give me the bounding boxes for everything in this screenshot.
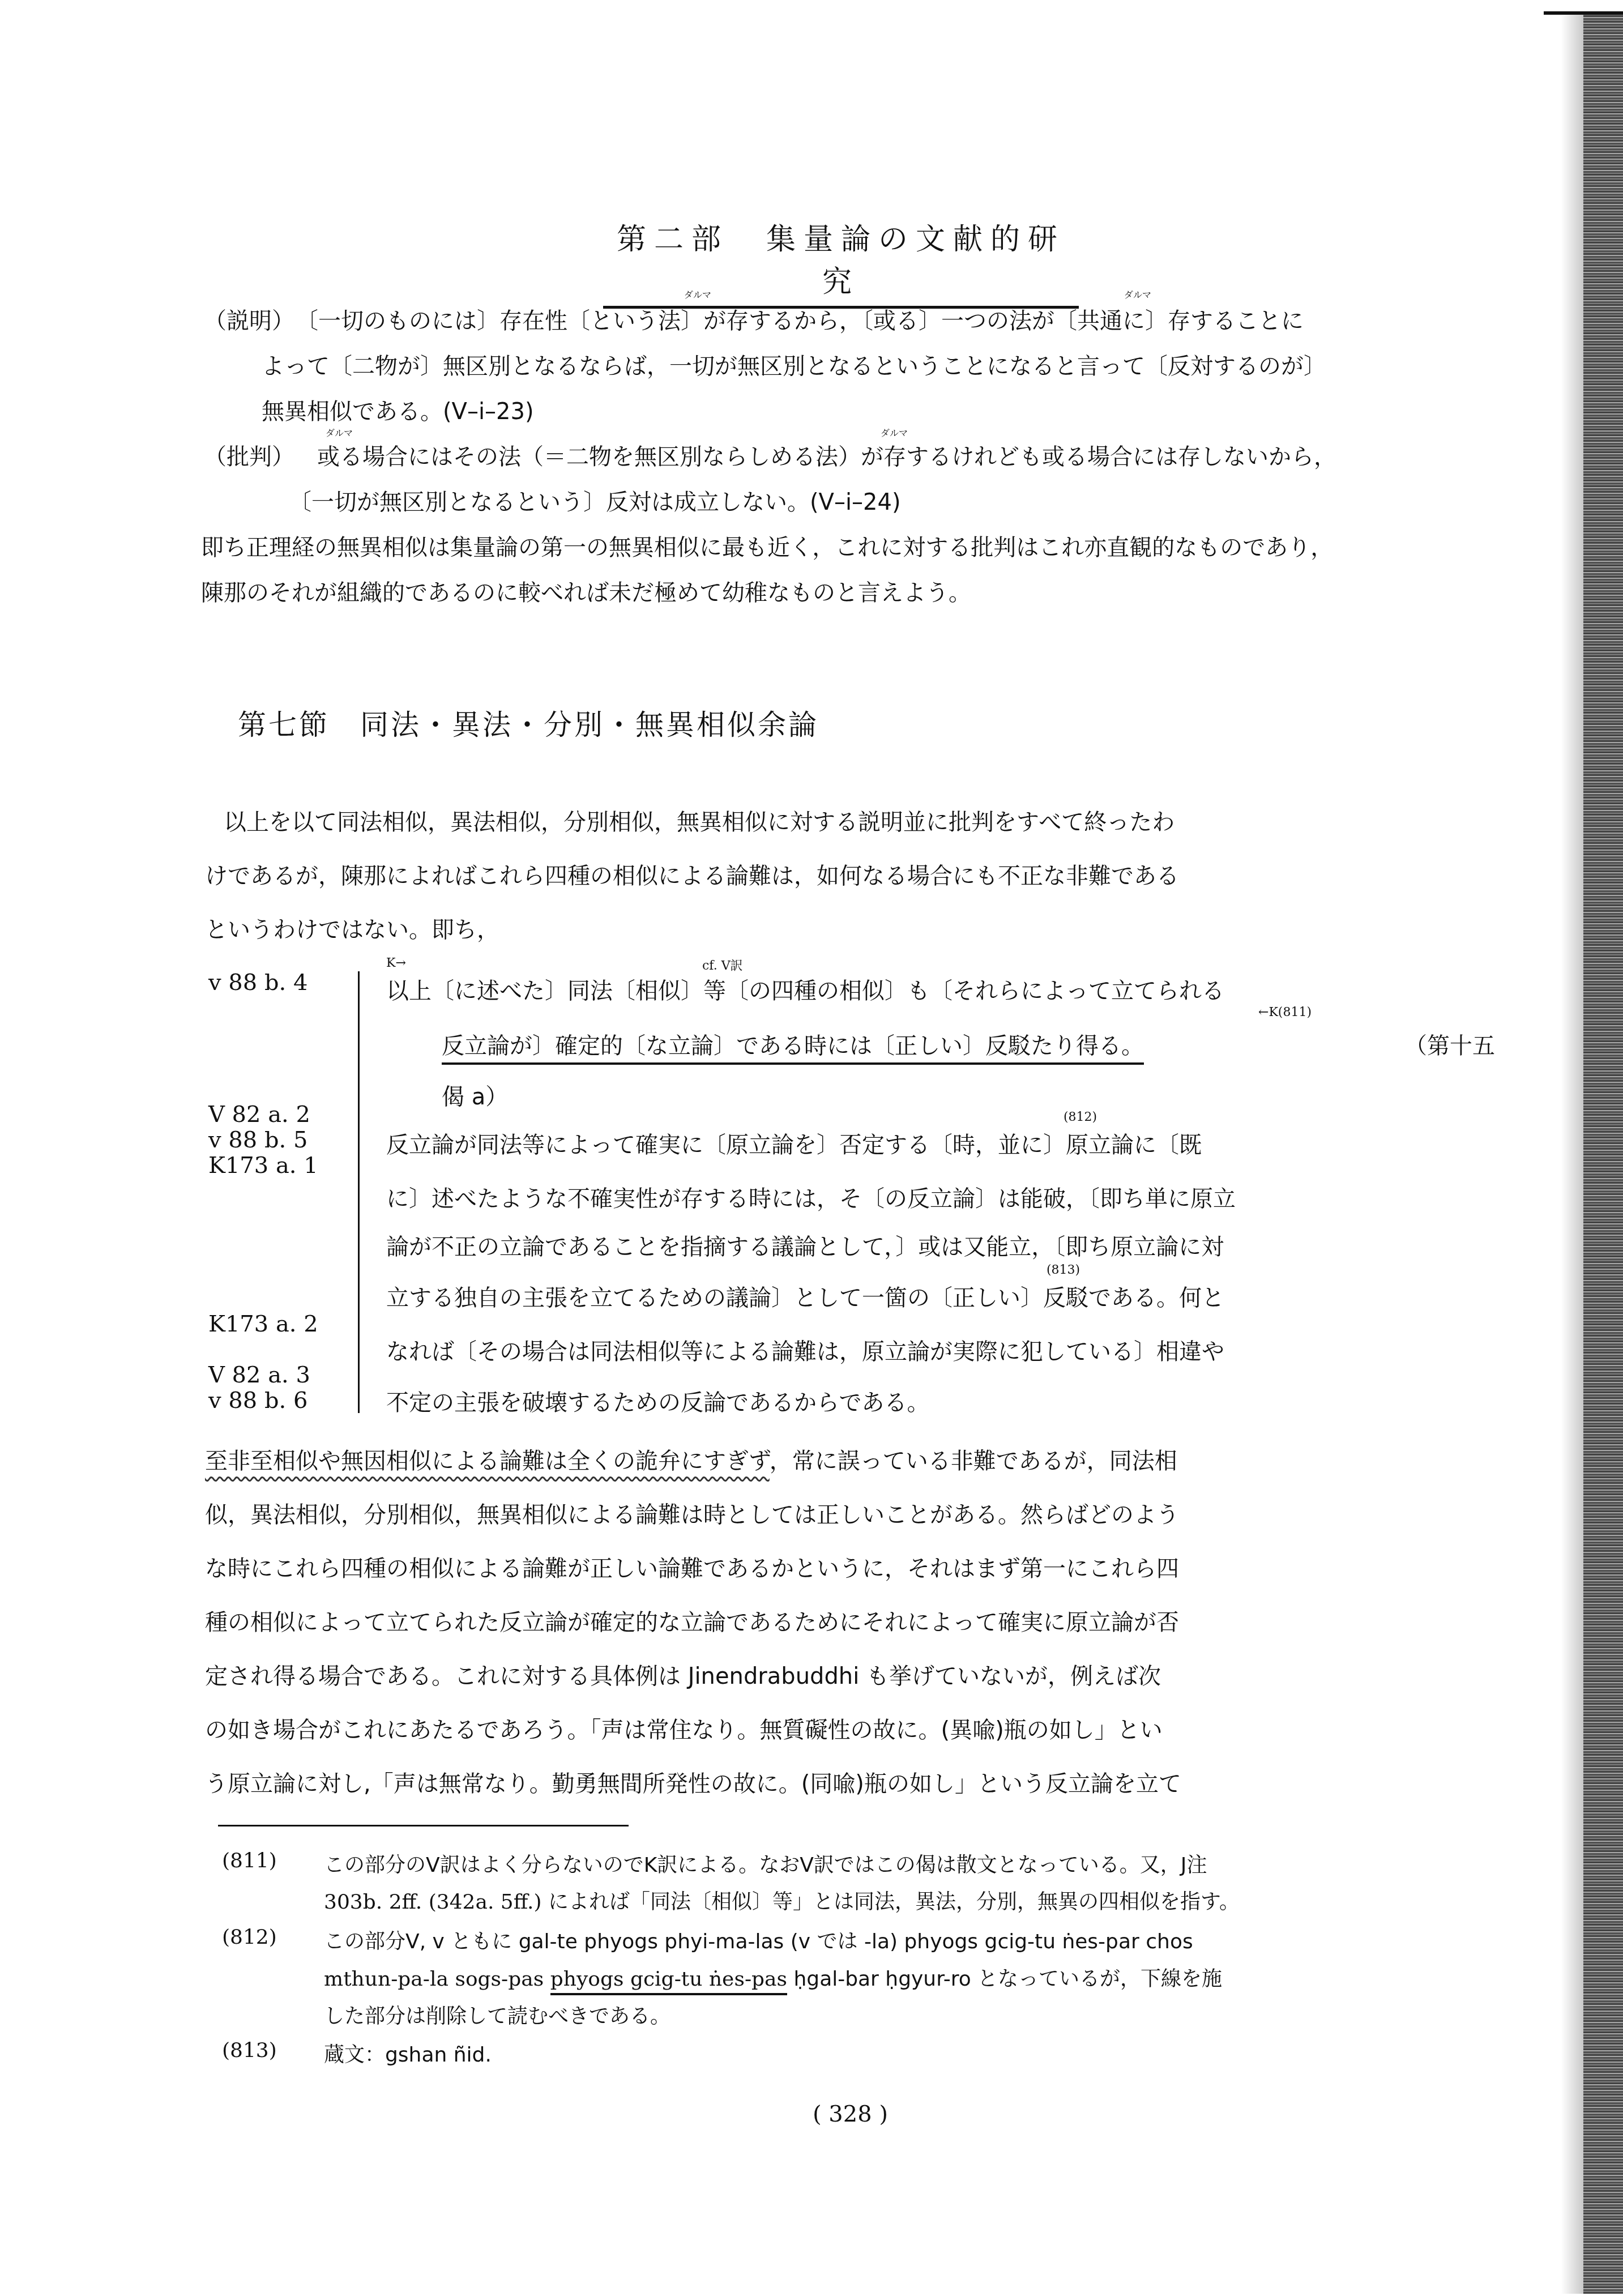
body-line-first: 至非至相似や無因相似による論難は全くの詭弁にすぎず，常に誤っている非難であるが，… bbox=[205, 1443, 1177, 1475]
summary-line: 陳那のそれが組織的であるのに較べれば未だ極めて幼稚なものと言えよう。 bbox=[201, 575, 971, 607]
annotation-k811: ←K(811) bbox=[1258, 1005, 1312, 1019]
explanation-line: 無異相似である。(V–i–23) bbox=[262, 394, 534, 426]
annotation-cf-v: cf. V訳 bbox=[702, 956, 743, 974]
commentary-line: 論が不正の立論であることを指摘する議論として，〕或は又能立，〔即ち原立論に対 bbox=[386, 1229, 1224, 1261]
margin-ref: V 82 a. 2 bbox=[208, 1102, 310, 1128]
footnote-rule bbox=[218, 1825, 629, 1826]
footnote-line: この部分のV訳はよく分らないのでK訳による。なおV訳ではこの偈は散文となっている… bbox=[324, 1849, 1207, 1878]
commentary-line: 反立論が同法等によって確実に〔原立論を〕否定する〔時，並に〕原立論に〔既 bbox=[386, 1127, 1202, 1159]
critique-line: 〔一切が無区別となるという〕反対は成立しない。(V–i–24) bbox=[289, 484, 901, 517]
body-line: 種の相似によって立てられた反立論が確定的な立論であるためにそれによって確実に原立… bbox=[205, 1604, 1179, 1637]
label-critique: （批判） bbox=[204, 439, 294, 471]
margin-ref: K173 a. 2 bbox=[208, 1311, 318, 1337]
body-line: 似，異法相似，分別相似，無異相似による論難は時としては正しいことがある。然らばど… bbox=[205, 1497, 1179, 1529]
footnote-number: (811) bbox=[222, 1849, 277, 1872]
body-line: の如き場合がこれにあたるであろう。「声は常住なり。無質礙性の故に。(異喩)瓶の如… bbox=[205, 1712, 1163, 1744]
margin-ref: v 88 b. 4 bbox=[208, 970, 307, 996]
ruby-dharma: ダルマ bbox=[684, 288, 711, 301]
body-line: な時にこれら四種の相似による論難が正しい論難であるかというに，それはまず第一にこ… bbox=[205, 1551, 1179, 1583]
summary-line: 即ち正理経の無異相似は集量論の第一の無異相似に最も近く，これに対する批判はこれ亦… bbox=[201, 530, 1333, 562]
page-number: ( 328 ) bbox=[813, 2101, 888, 2127]
scan-top-rule bbox=[1544, 11, 1623, 15]
intro-line: けであるが，陳那によればこれら四種の相似による論難は，如何なる場合にも不正な非難… bbox=[205, 858, 1179, 890]
scan-edge-shadow bbox=[1583, 11, 1623, 2294]
footnote-ref-813: (813) bbox=[1047, 1263, 1080, 1277]
body-line: 定され得る場合である。これに対する具体例は Jinendrabuddhi も挙げ… bbox=[205, 1658, 1161, 1691]
ruby-dharma: ダルマ bbox=[881, 426, 908, 439]
label-explanation: （説明） bbox=[204, 303, 294, 335]
critique-line: 或る場合にはその法（＝二物を無区別ならしめる法）が存するけれども或る場合には存し… bbox=[317, 439, 1336, 471]
intro-line: というわけではない。即ち， bbox=[205, 912, 499, 944]
verse-line-underlined: 反立論が〕確定的〔な立論〕である時には〔正しい〕反駁たり得る。 bbox=[442, 1028, 1144, 1065]
annotation-k-arrow: K→ bbox=[386, 956, 406, 970]
footnote-line-812-2: mthun-pa-la sogs-pas phyogs gcig-tu ṅes-… bbox=[324, 1963, 1222, 1992]
commentary-line: 不定の主張を破壊するための反論であるからである。 bbox=[386, 1385, 930, 1417]
margin-ref: K173 a. 1 bbox=[208, 1153, 318, 1179]
footnote-number: (812) bbox=[222, 1926, 277, 1949]
footnote-number: (813) bbox=[222, 2039, 277, 2062]
footnote-line: 303b. 2ff. (342a. 5ff.) によれば「同法〔相似〕等」とは同… bbox=[324, 1886, 1240, 1915]
verse-line: 以上〔に述べた〕同法〔相似〕等〔の四種の相似〕も〔それらによって立てられる bbox=[386, 973, 1224, 1005]
margin-ref: v 88 b. 5 bbox=[208, 1127, 307, 1153]
ruby-dharma: ダルマ bbox=[326, 426, 353, 439]
footnote-text: ḥgal-bar ḥgyur-ro となっているが，下線を施 bbox=[787, 1968, 1222, 1991]
verse-line: 偈 a） bbox=[442, 1079, 508, 1111]
commentary-line: なれば〔その場合は同法相似等による論難は，原立論が実際に犯している〕相違や bbox=[386, 1334, 1224, 1366]
footnote-line: この部分V, v ともに gal-te phyogs phyi-ma-las (… bbox=[324, 1926, 1193, 1954]
commentary-line: 立する独自の主張を立てるための議論〕として一箇の〔正しい〕反駁である。何と bbox=[386, 1280, 1224, 1312]
wavy-underlined-text: 至非至相似や無因相似による論難は全くの詭弁にすぎず bbox=[205, 1448, 770, 1474]
explanation-line: よって〔二物が〕無区別となるならば，一切が無区別となるということになると言って〔… bbox=[262, 348, 1326, 381]
footnote-text: mthun-pa-la sogs-pas bbox=[324, 1968, 550, 1991]
footnote-line: 蔵文：gshan ñid. bbox=[324, 2039, 492, 2068]
body-line-rest: ，常に誤っている非難であるが，同法相 bbox=[770, 1448, 1177, 1474]
running-head: 第二部 集量論の文献的研究 bbox=[603, 215, 1079, 309]
footnote-ref-812: (812) bbox=[1064, 1110, 1097, 1124]
margin-ref: v 88 b. 6 bbox=[208, 1388, 307, 1414]
margin-divider bbox=[358, 971, 360, 1413]
intro-line: 以上を以て同法相似，異法相似，分別相似，無異相似に対する説明並に批判をすべて終っ… bbox=[224, 804, 1174, 837]
section-title: 第七節 同法・異法・分別・無異相似余論 bbox=[238, 702, 819, 743]
footnote-line: した部分は削除して読むべきである。 bbox=[324, 2000, 670, 2029]
verse-tail: （第十五 bbox=[1404, 1028, 1495, 1060]
underlined-tibetan: phyogs gcig-tu ṅes-pas bbox=[550, 1968, 787, 1995]
commentary-line: に〕述べたような不確実性が存する時には，そ〔の反立論〕は能破，〔即ち単に原立 bbox=[386, 1181, 1236, 1213]
margin-ref: V 82 a. 3 bbox=[208, 1362, 310, 1388]
ruby-dharma: ダルマ bbox=[1124, 288, 1151, 301]
body-line: う原立論に対し,「声は無常なり。勤勇無間所発性の故に。(同喩)瓶の如し」という反… bbox=[205, 1766, 1181, 1798]
explanation-line: 〔一切のものには〕存在性〔という法〕が存するから，〔或る〕一つの法が〔共通に〕存… bbox=[296, 303, 1304, 335]
